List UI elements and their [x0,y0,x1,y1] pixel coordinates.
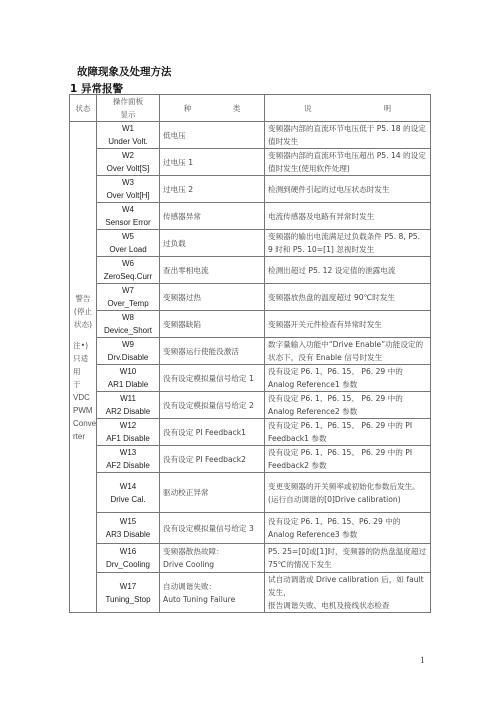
state-main-line: (停止 [73,305,93,318]
alarm-code-cell: W3Over Volt[H] [97,176,160,203]
table-row: W4Sensor Error传感器异常电流传感器及电路有异常时发生 [70,203,431,230]
alarm-display-name: Tuning_Stop [100,593,156,606]
alarm-description: 检测到硬件引起的过电压状态时发生 [265,176,431,203]
table-row: W6ZeroSeq.Curr查出零相电流检测出超过 P5. 12 设定值的泄露电… [70,257,431,284]
alarm-code-cell: W1Under Volt. [97,122,160,149]
table-row: W11AR2 Disable没有设定模拟量信号给定 2没有设定 P6. 1、P6… [70,392,431,419]
alarm-type: 过电压 1 [160,149,265,176]
alarm-type: 变频器运行使能没激活 [160,338,265,365]
alarm-description: 没有设定 P6. 1、P6. 15、 P6. 29 中的 PI Feedback… [265,419,431,446]
header-desc-part2: 明 [383,102,391,115]
alarm-display-name: ZeroSeq.Curr [100,270,156,283]
alarm-type: 低电压 [160,122,265,149]
alarm-display-name: AR2 Disable [100,405,156,418]
alarm-description: 变频器放热盘的温度超过 90℃时发生 [265,284,431,311]
alarm-code: W16 [100,545,156,558]
table-row: W13AF2 Disable没有设定 PI Feedback2没有设定 P6. … [70,446,431,473]
alarm-description: 没有设定 P6. 1、P6. 15、 P6. 29 中的 PI Feedback… [265,446,431,473]
alarm-description: 变频器开关元件检查有异常时发生 [265,311,431,338]
alarm-display-name: Over Load [100,243,156,256]
alarm-description: 没有设定 P6. 1、P6. 15、 P6. 29 中的 Analog Refe… [265,365,431,392]
alarm-code-cell: W5Over Load [97,230,160,257]
alarm-code-cell: W12AF1 Disable [97,419,160,446]
alarm-code-cell: W15AR3 Disable [97,513,160,544]
alarm-code-cell: W11AR2 Disable [97,392,160,419]
alarm-code-cell: W9Drv.Disable [97,338,160,365]
state-main-line: 状态) [73,318,93,331]
alarm-description: 试自动调谐或 Drive calibration 后，如 fault 发生， 报… [265,573,431,613]
alarm-type: 过负载 [160,230,265,257]
alarm-type: 没有设定 PI Feedback2 [160,446,265,473]
alarm-code: W2 [100,149,156,162]
alarm-type: 过电压 2 [160,176,265,203]
alarm-display-name: Under Volt. [100,135,156,148]
table-row: W3Over Volt[H]过电压 2检测到硬件引起的过电压状态时发生 [70,176,431,203]
alarm-code: W14 [100,480,156,493]
alarm-display-name: AR1 Dlable [100,378,156,391]
alarm-code-cell: W2Over Volt[S] [97,149,160,176]
alarm-display-name: AF2 Disable [100,459,156,472]
alarm-type: 没有设定 PI Feedback1 [160,419,265,446]
state-note-line: 只适用 [73,352,93,378]
alarm-description: P5. 25=[0]或[1]时，变频器的防热盘温度超过 75℃的情况下发生 [265,544,431,573]
alarm-display-name: Device_Short [100,324,156,337]
state-note-line: 于 [73,378,93,391]
table-row: W14Drive Cal.驱动校正异常变更变频器的开关频率或初始化参数后发生。(… [70,473,431,513]
header-type: 种类 [160,95,265,122]
alarm-display-name: Over Volt[H] [100,189,156,202]
alarm-type: 没有设定模拟量信号给定 3 [160,513,265,544]
state-cell: 警告(停止状态)注•)只适用于VDCPWMConverter [70,122,97,613]
alarm-table: 状态 操作面板 显示 种类 说明 警告(停止状态)注•)只适用于VDCPWMCo… [69,94,431,613]
alarm-display-name: Over_Temp [100,297,156,310]
table-row: W8Device_Short变频器缺陷变频器开关元件检查有异常时发生 [70,311,431,338]
header-panel-display-line2: 显示 [100,108,156,121]
alarm-type: 自动调谐失败： Auto Tuning Failure [160,573,265,613]
alarm-code-cell: W4Sensor Error [97,203,160,230]
alarm-type: 变频器散热故障： Drive Cooling [160,544,265,573]
state-note-line: 注•) [73,339,93,352]
alarm-display-name: Drive Cal. [100,493,156,506]
state-main-label: 警告(停止状态) [73,292,93,331]
state-note-line: PWM [73,404,93,417]
alarm-type: 查出零相电流 [160,257,265,284]
alarm-code: W9 [100,338,156,351]
alarm-code: W3 [100,176,156,189]
alarm-display-name: Drv_Cooling [100,558,156,571]
alarm-code-cell: W13AF2 Disable [97,446,160,473]
alarm-type: 变频器缺陷 [160,311,265,338]
alarm-description: 数字量输入功能中“Drive Enable”功能设定的状态下，没有 Enable… [265,338,431,365]
alarm-code-cell: W10AR1 Dlable [97,365,160,392]
state-note-line: VDC [73,391,93,404]
table-row: W9Drv.Disable变频器运行使能没激活数字量输入功能中“Drive En… [70,338,431,365]
alarm-code-cell: W7Over_Temp [97,284,160,311]
table-row: W7Over_Temp变频器过热变频器放热盘的温度超过 90℃时发生 [70,284,431,311]
alarm-code: W15 [100,515,156,528]
alarm-code: W5 [100,230,156,243]
table-header-row: 状态 操作面板 显示 种类 说明 [70,95,431,122]
header-type-part1: 种 [184,102,192,115]
alarm-description: 没有设定 P6. 1、P6. 15、 P6. 29 中的 Analog Refe… [265,392,431,419]
alarm-description: 电流传感器及电路有异常时发生 [265,203,431,230]
table-row: W10AR1 Dlable没有设定模拟量信号给定 1没有设定 P6. 1、P6.… [70,365,431,392]
alarm-code-cell: W14Drive Cal. [97,473,160,513]
alarm-code: W8 [100,311,156,324]
alarm-code-cell: W6ZeroSeq.Curr [97,257,160,284]
alarm-display-name: Sensor Error [100,216,156,229]
alarm-code-cell: W17Tuning_Stop [97,573,160,613]
alarm-description: 检测出超过 P5. 12 设定值的泄露电流 [265,257,431,284]
alarm-code: W1 [100,122,156,135]
alarm-type: 传感器异常 [160,203,265,230]
alarm-code: W12 [100,419,156,432]
state-note-line: Conve [73,417,93,430]
alarm-display-name: Over Volt[S] [100,162,156,175]
header-panel-display: 操作面板 显示 [97,95,160,122]
alarm-description: 变频器的输出电流满足过负载条件 P5. 8, P5. 9 时和 P5. 10=[… [265,230,431,257]
alarm-code: W11 [100,392,156,405]
state-main-line: 警告 [73,292,93,305]
page-number: 1 [420,655,425,665]
alarm-description: 变频器内部的直流环节电压超出 P5. 14 的设定值时发生(使用软件处理) [265,149,431,176]
page-title: 故障现象及处理方法 [77,64,172,79]
alarm-type: 变频器过热 [160,284,265,311]
table-row: W2Over Volt[S]过电压 1变频器内部的直流环节电压超出 P5. 14… [70,149,431,176]
alarm-display-name: Drv.Disable [100,351,156,364]
alarm-code: W7 [100,284,156,297]
table-row: W16Drv_Cooling变频器散热故障： Drive CoolingP5. … [70,544,431,573]
alarm-code: W6 [100,257,156,270]
alarm-display-name: AR3 Disable [100,528,156,541]
table-row: W5Over Load过负载变频器的输出电流满足过负载条件 P5. 8, P5.… [70,230,431,257]
header-desc-part1: 说 [304,102,312,115]
header-description: 说明 [265,95,431,122]
header-panel-display-line1: 操作面板 [100,95,156,108]
table-row: W15AR3 Disable没有设定模拟量信号给定 3没有设定 P6. 1、P6… [70,513,431,544]
header-type-part2: 类 [233,102,241,115]
table-row: 警告(停止状态)注•)只适用于VDCPWMConverterW1Under Vo… [70,122,431,149]
alarm-code: W13 [100,446,156,459]
alarm-code: W4 [100,203,156,216]
state-note-line: rter [73,430,93,443]
table-row: W17Tuning_Stop自动调谐失败： Auto Tuning Failur… [70,573,431,613]
alarm-description: 变更变频器的开关频率或初始化参数后发生。(运行自动调谐的[0]Drive cal… [265,473,431,513]
alarm-display-name: AF1 Disable [100,432,156,445]
alarm-code: W17 [100,580,156,593]
alarm-description: 没有设定 P6. 1、P6. 15、P6. 29 中的 Analog Refer… [265,513,431,544]
alarm-code-cell: W8Device_Short [97,311,160,338]
alarm-type: 驱动校正异常 [160,473,265,513]
header-state: 状态 [70,95,97,122]
alarm-type: 没有设定模拟量信号给定 1 [160,365,265,392]
alarm-description: 变频器内部的直流环节电压低于 P5. 18 的设定值时发生 [265,122,431,149]
alarm-type: 没有设定模拟量信号给定 2 [160,392,265,419]
alarm-code: W10 [100,365,156,378]
state-note: 注•)只适用于VDCPWMConverter [73,339,93,443]
table-row: W12AF1 Disable没有设定 PI Feedback1没有设定 P6. … [70,419,431,446]
alarm-code-cell: W16Drv_Cooling [97,544,160,573]
